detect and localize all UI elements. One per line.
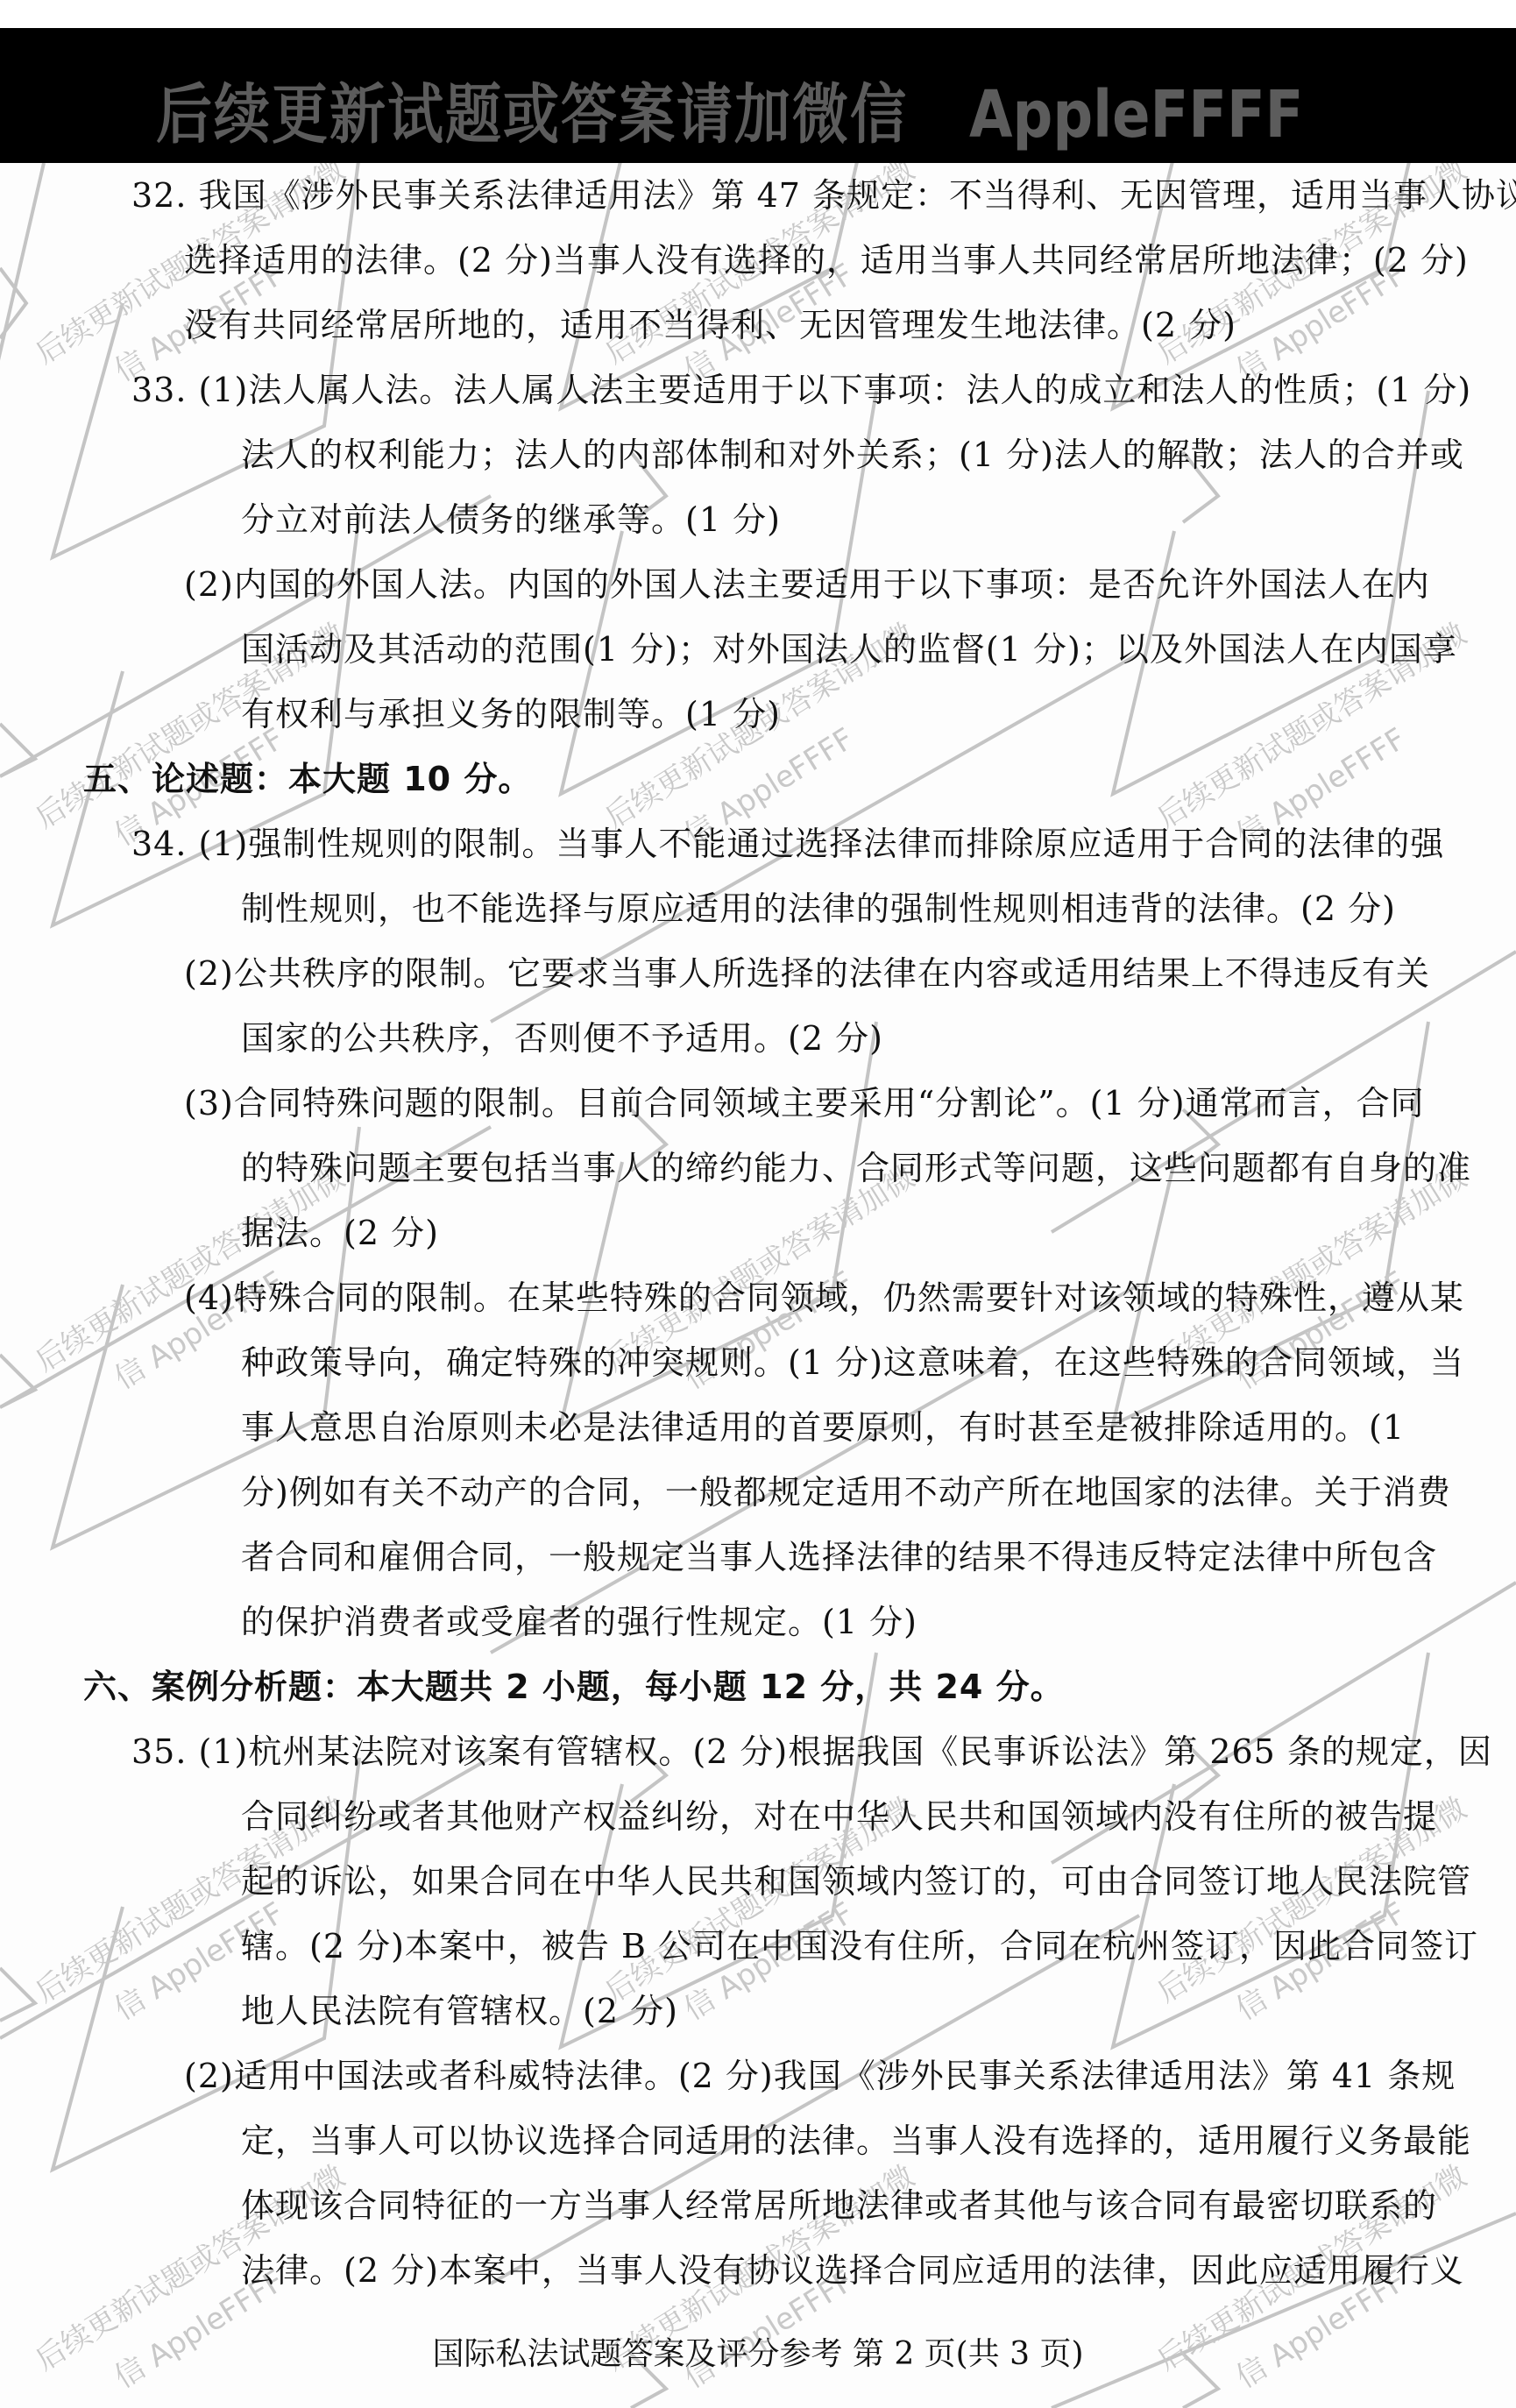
q35-part2-line-4: 法律。(2 分)本案中，当事人没有协议选择合同应适用的法律，因此应适用履行义: [241, 2254, 1464, 2287]
q34-part3-line-3: 据法。(2 分): [241, 1216, 439, 1250]
q33-part2-line-3: 有权利与承担义务的限制等。(1 分): [241, 698, 781, 731]
q34-part3-line-1: (3)合同特殊问题的限制。目前合同领域主要采用“分割论”。(1 分)通常而言，合…: [184, 1087, 1425, 1120]
banner-text: 后续更新试题或答案请加微信AppleFFFF: [156, 63, 1303, 156]
q33-part1-line-2: 法人的权利能力；法人的内部体制和对外关系；(1 分)法人的解散；法人的合并或: [241, 438, 1464, 471]
q34-part4-line-3: 事人意思自治原则未必是法律适用的首要原则，有时甚至是被排除适用的。(1: [241, 1411, 1405, 1444]
q35-part1-line-5: 地人民法院有管辖权。(2 分): [241, 1994, 678, 2028]
q33-part1-line-3: 分立对前法人债务的继承等。(1 分): [241, 503, 781, 536]
q35-part2-line-1: (2)适用中国法或者科威特法律。(2 分)我国《涉外民事关系法律适用法》第 41…: [184, 2059, 1456, 2093]
q34-part2-line-2: 国家的公共秩序，否则便不予适用。(2 分): [241, 1022, 883, 1055]
q34-part4-line-2: 种政策导向，确定特殊的冲突规则。(1 分)这意味着，在这些特殊的合同领域，当: [241, 1346, 1464, 1379]
section-5-heading: 五、论述题：本大题 10 分。: [83, 762, 532, 796]
q33-part2-line-2: 国活动及其活动的范围(1 分)；对外国法人的监督(1 分)；以及外国法人在内国享: [241, 633, 1457, 666]
banner-wechat-id: AppleFFFF: [969, 78, 1303, 152]
q35-part1-line-2: 合同纠纷或者其他财产权益纠纷，对在中华人民共和国领域内没有住所的被告提: [241, 1800, 1437, 1833]
q34-part3-line-2: 的特殊问题主要包括当事人的缔约能力、合同形式等问题，这些问题都有自身的准: [241, 1151, 1471, 1185]
section-6-heading: 六、案例分析题：本大题共 2 小题，每小题 12 分，共 24 分。: [83, 1670, 1065, 1703]
q34-part1-line-2: 制性规则，也不能选择与原应适用的法律的强制性规则相违背的法律。(2 分): [241, 892, 1396, 925]
q35-part2-line-3: 体现该合同特征的一方当事人经常居所地法律或者其他与该合同有最密切联系的: [241, 2189, 1437, 2222]
watermark-banner: 后续更新试题或答案请加微信AppleFFFF: [0, 28, 1516, 163]
q34-part4-line-5: 者合同和雇佣合同，一般规定当事人选择法律的结果不得违反特定法律中所包含: [241, 1540, 1437, 1574]
banner-message: 后续更新试题或答案请加微信: [156, 78, 908, 152]
q35-part1-line-4: 辖。(2 分)本案中，被告 B 公司在中国没有住所，合同在杭州签订，因此合同签订: [241, 1930, 1478, 1963]
q34-part4-line-1: (4)特殊合同的限制。在某些特殊的合同领域，仍然需要针对该领域的特殊性，遵从某: [184, 1281, 1464, 1314]
page-footer: 国际私法试题答案及评分参考 第 2 页(共 3 页): [0, 2329, 1516, 2374]
top-margin: [0, 0, 1516, 28]
q35-part1-line-3: 起的诉讼，如果合同在中华人民共和国领域内签订的，可由合同签订地人民法院管: [241, 1865, 1471, 1898]
q35-part2-line-2: 定，当事人可以协议选择合同适用的法律。当事人没有选择的，适用履行义务最能: [241, 2124, 1471, 2157]
q35-part1-line-1: 35. (1)杭州某法院对该案有管辖权。(2 分)根据我国《民事诉讼法》第 26…: [131, 1735, 1492, 1768]
q32-line-3: 没有共同经常居所地的，适用不当得利、无因管理发生地法律。(2 分): [184, 308, 1236, 342]
q32-line-1: 32. 我国《涉外民事关系法律适用法》第 47 条规定：不当得利、无因管理，适用…: [131, 179, 1516, 212]
q33-part2-line-1: (2)内国的外国人法。内国的外国人法主要适用于以下事项：是否允许外国法人在内: [184, 568, 1430, 601]
q34-part4-line-6: 的保护消费者或受雇者的强行性规定。(1 分): [241, 1605, 917, 1639]
q33-part1-line-1: 33. (1)法人属人法。法人属人法主要适用于以下事项：法人的成立和法人的性质；…: [131, 373, 1471, 407]
q34-part2-line-1: (2)公共秩序的限制。它要求当事人所选择的法律在内容或适用结果上不得违反有关: [184, 957, 1430, 990]
q34-part4-line-4: 分)例如有关不动产的合同，一般都规定适用不动产所在地国家的法律。关于消费: [241, 1476, 1451, 1509]
q34-part1-line-1: 34. (1)强制性规则的限制。当事人不能通过选择法律而排除原应适用于合同的法律…: [131, 827, 1444, 861]
q32-line-2: 选择适用的法律。(2 分)当事人没有选择的，适用当事人共同经常居所地法律；(2 …: [184, 244, 1469, 277]
